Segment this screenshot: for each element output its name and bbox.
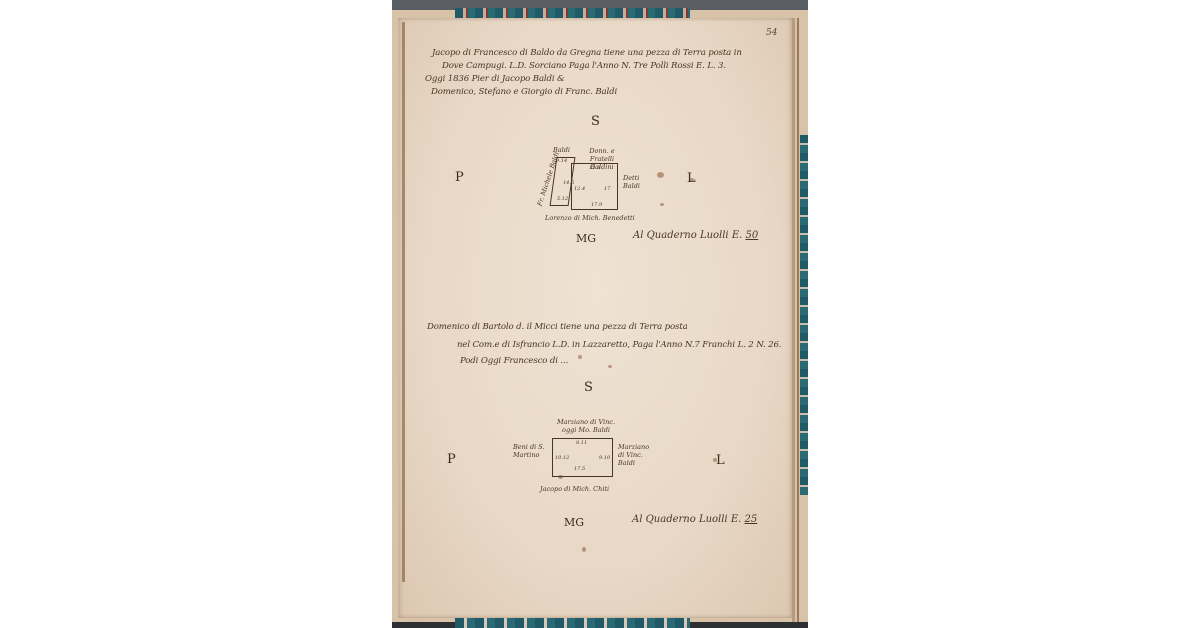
neighbor-left: Beni di S. Martino (513, 443, 547, 459)
measurement: 17.9 (591, 202, 602, 208)
compass-north: S (584, 380, 593, 395)
compass-west: P (455, 170, 464, 185)
valuation-label: Al Quaderno Luolli E. (633, 230, 742, 241)
measurement: 14.5 (563, 180, 574, 186)
entry-1-line-4: Domenico, Stefano e Giorgio di Franc. Ba… (431, 87, 617, 97)
compass-west: P (447, 452, 456, 467)
entry-2-line-3: Podi Oggi Francesco di ... (460, 356, 568, 366)
neighbor-top: Marziano di Vinc. oggi Mo. Baldi (556, 418, 616, 434)
valuation-amount: 50 (745, 230, 758, 241)
entry-1-line-1: Jacopo di Francesco di Baldo da Gregna t… (432, 48, 742, 58)
ink-stain (608, 365, 612, 368)
binding-thread (402, 22, 405, 582)
compass-south: MG (576, 232, 596, 245)
manuscript-page (398, 18, 794, 618)
measurement: 10.12 (555, 455, 569, 461)
ink-stain (582, 547, 586, 552)
entry-1-line-2: Dove Campugi. L.D. Sorciano Paga l'Anno … (442, 61, 726, 71)
marbled-cover-bottom (455, 618, 690, 628)
page-edge-shadow (797, 18, 799, 622)
ink-stain (578, 355, 582, 359)
neighbor-bottom: Lorenzo di Mich. Benedetti (545, 214, 635, 222)
compass-north: S (591, 114, 600, 129)
entry-2-valuation: Al Quaderno Luolli E. 25 (632, 514, 757, 525)
neighbor-bottom: Jacopo di Mich. Chiti (540, 485, 609, 493)
ink-stain (657, 172, 664, 178)
valuation-amount: 25 (744, 514, 757, 525)
neighbor-top: Donn. e Fratelli Baldini (582, 147, 622, 171)
measurement: 5.12 (557, 196, 568, 202)
valuation-label: Al Quaderno Luolli E. (632, 514, 741, 525)
ink-stain (660, 203, 664, 206)
measurement: 9.14 (556, 158, 567, 164)
entry-1-valuation: Al Quaderno Luolli E. 50 (633, 230, 758, 241)
measurement: 12.8 (589, 165, 600, 171)
marbled-cover-right (800, 135, 808, 495)
neighbor-right: Detti Baldi (623, 174, 641, 190)
measurement: 17.5 (574, 466, 585, 472)
entry-2-line-2: nel Com.e di Isfrancio L.D. in Lazzarett… (457, 340, 781, 350)
measurement: 8.11 (576, 440, 587, 446)
page-edge (792, 18, 795, 622)
measurement: 9.10 (599, 455, 610, 461)
neighbor-right: Marziano di Vinc. Baldi (618, 443, 648, 467)
measurement: 17 (604, 186, 610, 192)
folio-number: 54 (766, 28, 777, 38)
measurement: 12.4 (574, 186, 585, 192)
entry-2-line-1: Domenico di Bartolo d. il Micci tiene un… (427, 322, 688, 332)
compass-east: L (687, 171, 696, 186)
compass-east: L (716, 453, 725, 468)
compass-south: MG (564, 516, 584, 529)
entry-1-line-3: Oggi 1836 Pier di Jacopo Baldi & (425, 74, 565, 84)
